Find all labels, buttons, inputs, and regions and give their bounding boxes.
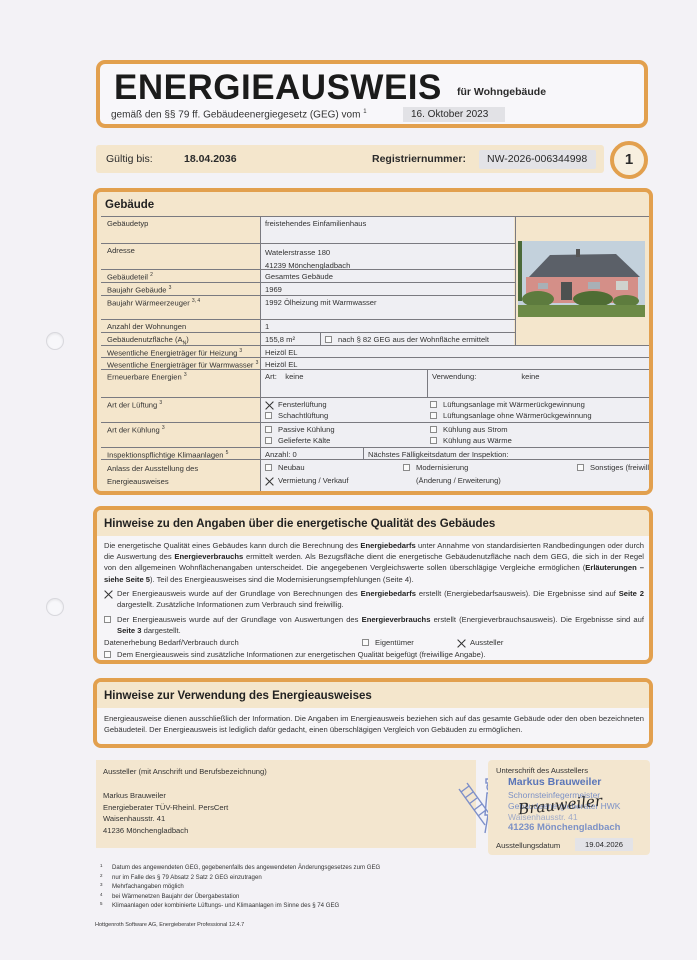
label-text: Baujahr Gebäude	[107, 286, 167, 295]
heating-carrier-value: Heizöl EL	[260, 345, 649, 357]
checkbox[interactable]	[403, 464, 410, 471]
address-label: Adresse	[101, 243, 135, 255]
floor-area-value: 155,8 m²	[260, 332, 320, 345]
footnote: 2nur im Falle des § 79 Absatz 2 Satz 2 G…	[100, 872, 380, 882]
footnote-ref: 3	[239, 348, 242, 354]
year-heater-value: 1992 Ölheizung mit Warmwasser	[260, 295, 514, 319]
cooling-option-delivered[interactable]: Gelieferte Kälte	[265, 435, 330, 447]
footnote-number: 3	[100, 881, 112, 889]
checkbox[interactable]	[430, 437, 437, 444]
water-carrier-label: Wesentliche Energieträger für Warmwasser…	[101, 357, 258, 370]
label-line-2: Energieausweises	[107, 475, 198, 488]
floor-area-method-option[interactable]: nach § 82 GEG aus der Wohnfläche ermitte…	[320, 332, 514, 345]
data-collection-issuer-option[interactable]: Aussteller	[457, 637, 503, 648]
checkbox[interactable]	[265, 437, 272, 444]
text: erstellt (Energieverbrauchsausweis). Die…	[430, 615, 644, 624]
ventilation-option-shaft[interactable]: Schachtlüftung	[265, 410, 328, 422]
cooling-label: Art der Kühlung 3	[101, 422, 165, 435]
text-bold: Seite 3	[117, 626, 141, 635]
renewables-usage-value: keine	[521, 372, 539, 381]
validity-row: Gültig bis: 18.04.2036 Registriernummer:…	[96, 145, 604, 173]
address-street: Watelerstrasse 180	[265, 246, 514, 259]
water-carrier-value: Heizöl EL	[260, 357, 649, 369]
usage-notes-section: Hinweise zur Verwendung des Energieauswe…	[93, 678, 653, 748]
signature-label: Unterschrift des Ausstellers	[496, 765, 588, 777]
building-type-value: freistehendes Einfamilienhaus	[260, 216, 514, 243]
checkbox-checked[interactable]	[104, 590, 111, 597]
checkbox[interactable]	[430, 426, 437, 433]
text-bold: Energiebedarfs	[361, 589, 416, 598]
issuer-address: Markus Brauweiler Energieberater TÜV-Rhe…	[103, 790, 228, 836]
footnote-ref: 3	[184, 372, 187, 378]
text: erstellt (Energiebedarfsausweis). Die Er…	[416, 589, 619, 598]
option-label: Lüftungsanlage mit Wärmerückgewinnung	[443, 400, 585, 409]
usage-notes-text: Energieausweise dienen ausschließlich de…	[104, 713, 644, 735]
valid-until-date: 18.04.2036	[184, 153, 237, 165]
text: dargestellt. Zusätzliche Informationen z…	[117, 600, 344, 609]
label-text-end: )	[186, 335, 189, 344]
page-number-badge: 1	[610, 141, 648, 179]
text: dargestellt.	[141, 626, 180, 635]
footnote: 4bei Wärmenetzen Baujahr der Übergabesta…	[100, 891, 380, 901]
punch-hole	[46, 332, 64, 350]
text: Der Energieausweis wurde auf der Grundla…	[117, 615, 362, 624]
title-box: ENERGIEAUSWEIS für Wohngebäude gemäß den…	[96, 60, 648, 128]
checkbox-checked[interactable]	[457, 639, 464, 646]
footnote-text: bei Wärmenetzen Baujahr der Übergabestat…	[112, 893, 239, 900]
footnote-ref: 1	[363, 109, 366, 115]
text-bold: Energiebedarfs	[360, 541, 415, 550]
geg-date: 16. Oktober 2023	[403, 107, 505, 122]
option-label: Schachtlüftung	[278, 411, 328, 420]
ventilation-option-no-heat-recovery[interactable]: Lüftungsanlage ohne Wärmerückgewinnung	[430, 410, 592, 422]
issuer-box: Aussteller (mit Anschrift und Berufsbeze…	[96, 760, 476, 848]
checkbox-checked[interactable]	[265, 401, 272, 408]
building-section-title: Gebäude	[105, 199, 154, 211]
footnote-ref: 3	[169, 285, 172, 291]
option-label: Sonstiges (freiwillig)	[590, 463, 653, 472]
ac-next-inspection: Nächstes Fälligkeitsdatum der Inspektion…	[363, 447, 649, 459]
footnote-number: 4	[100, 891, 112, 899]
footnote-number: 5	[100, 900, 112, 908]
building-category: für Wohngebäude	[457, 86, 546, 98]
renewables-type-value: keine	[285, 372, 303, 381]
label-text: Art der Kühlung	[107, 426, 160, 435]
building-part-value: Gesamtes Gebäude	[260, 269, 514, 282]
software-credit: Hottgenroth Software AG, Energieberater …	[95, 922, 244, 930]
punch-hole	[46, 598, 64, 616]
registration-number: NW-2026-006344998	[479, 150, 596, 169]
ac-label: Inspektionspflichtige Klimaanlagen 5	[101, 447, 228, 460]
checkbox[interactable]	[104, 651, 111, 658]
option-label: Modernisierung	[416, 463, 468, 472]
checkbox[interactable]	[265, 464, 272, 471]
ventilation-options: Fensterlüftung Schachtlüftung Lüftungsan…	[260, 397, 649, 422]
floor-area-method-label: nach § 82 GEG aus der Wohnfläche ermitte…	[338, 335, 489, 344]
checkbox[interactable]	[430, 412, 437, 419]
checkbox-checked[interactable]	[265, 477, 272, 484]
document-title: ENERGIEAUSWEIS	[114, 68, 442, 108]
option-label: Dem Energieausweis sind zusätzliche Info…	[117, 650, 486, 659]
footnotes: 1Datum des angewendeten GEG, gegebenenfa…	[100, 862, 380, 910]
footnote-ref: 3	[162, 425, 165, 431]
option-label: Fensterlüftung	[278, 400, 327, 409]
option-label: Vermietung / Verkauf	[278, 476, 349, 485]
option-label: Neubau	[278, 463, 305, 472]
footnote-text: Mehrfachangaben möglich	[112, 883, 184, 890]
units-value: 1	[260, 319, 514, 332]
issuer-label: Aussteller (mit Anschrift und Berufsbeze…	[103, 766, 267, 778]
issue-date: 19.04.2026	[575, 838, 633, 851]
consumption-certificate-option[interactable]: Der Energieausweis wurde auf der Grundla…	[104, 614, 644, 636]
legal-basis: gemäß den §§ 79 ff. Gebäudeenergiegesetz…	[111, 109, 367, 120]
renewables-usage-label: Verwendung:	[432, 372, 476, 381]
text: ). Teil des Energieausweises sind die Mo…	[150, 575, 414, 584]
option-label: Kühlung aus Strom	[443, 425, 508, 434]
issuer-city: 41236 Mönchengladbach	[103, 825, 228, 837]
footnote-ref: 3	[159, 400, 162, 406]
checkbox[interactable]	[265, 426, 272, 433]
issuer-name: Markus Brauweiler	[103, 790, 228, 802]
legal-basis-text: gemäß den §§ 79 ff. Gebäudeenergiegesetz…	[111, 109, 360, 120]
reason-option-modernization-sub: (Änderung / Erweiterung)	[416, 475, 501, 487]
option-label: Lüftungsanlage ohne Wärmerückgewinnung	[443, 411, 592, 420]
stamp-name: Markus Brauweiler	[508, 776, 601, 788]
heating-carrier-label: Wesentliche Energieträger für Heizung 3	[101, 345, 242, 358]
cooling-option-electric[interactable]: Kühlung aus Strom	[430, 424, 508, 436]
signature-box: Unterschrift des Ausstellers Markus Brau…	[488, 760, 650, 855]
quality-notes-title: Hinweise zu den Angaben über die energet…	[104, 518, 495, 530]
footnote-ref: 3, 4	[192, 298, 200, 304]
checkbox[interactable]	[362, 639, 369, 646]
cooling-option-passive[interactable]: Passive Kühlung	[265, 424, 335, 436]
data-collection-label: Datenerhebung Bedarf/Verbrauch durch	[104, 637, 239, 648]
additional-info-option[interactable]: Dem Energieausweis sind zusätzliche Info…	[104, 649, 486, 660]
checkbox[interactable]	[325, 336, 332, 343]
ac-count: Anzahl: 0	[260, 447, 363, 459]
option-label: Gelieferte Kälte	[278, 436, 330, 445]
label-text: Art der Lüftung	[107, 401, 157, 410]
footnote-number: 2	[100, 872, 112, 880]
renewables-label: Erneuerbare Energien 3	[101, 369, 187, 382]
footnote-ref: 2	[150, 272, 153, 278]
reason-option-other[interactable]: Sonstiges (freiwillig)	[577, 462, 653, 474]
footnote: 1Datum des angewendeten GEG, gegebenenfa…	[100, 862, 380, 872]
text: Die energetische Qualität eines Gebäudes…	[104, 541, 360, 550]
option-label: Aussteller	[470, 638, 503, 647]
renewables-usage: Verwendung:keine	[427, 369, 649, 397]
text-bold: Energieverbrauchs	[174, 552, 243, 561]
renewables-type: Art: keine	[260, 369, 427, 397]
valid-until-label: Gültig bis:	[106, 153, 153, 165]
stamp-line: 41236 Mönchengladbach	[508, 822, 620, 833]
renewables-type-label: Art:	[265, 372, 277, 381]
issuer-street: Waisenhausstr. 41	[103, 813, 228, 825]
building-part-label: Gebäudeteil 2	[101, 269, 153, 282]
ventilation-option-heat-recovery[interactable]: Lüftungsanlage mit Wärmerückgewinnung	[430, 399, 585, 411]
label-text: Erneuerbare Energien	[107, 373, 182, 382]
checkbox[interactable]	[265, 412, 272, 419]
label-text: Gebäudeteil	[107, 273, 148, 282]
address-value: Watelerstrasse 18041239 Mönchengladbach	[260, 243, 514, 269]
building-section: Gebäude freistehendes Einfamilienhaus Wa…	[93, 188, 653, 495]
footnote: 5Klimaanlagen oder kombinierte Lüftungs-…	[100, 900, 380, 910]
data-collection-owner-option[interactable]: Eigentümer	[362, 637, 414, 648]
usage-notes-title: Hinweise zur Verwendung des Energieauswe…	[104, 690, 372, 702]
year-built-value: 1969	[260, 282, 514, 295]
footnote: 3Mehrfachangaben möglich	[100, 881, 380, 891]
issue-reason-label: Anlass der Ausstellung desEnergieausweis…	[101, 459, 198, 488]
footnote-text: Klimaanlagen oder kombinierte Lüftungs- …	[112, 902, 339, 909]
demand-certificate-option[interactable]: Der Energieausweis wurde auf der Grundla…	[104, 588, 644, 610]
text: Der Energieausweis wurde auf der Grundla…	[117, 589, 361, 598]
reason-option-rent-sale[interactable]: Vermietung / Verkauf	[265, 475, 349, 487]
building-photo	[518, 241, 645, 317]
text-bold: Seite 2	[619, 589, 644, 598]
checkbox[interactable]	[577, 464, 584, 471]
label-text: Baujahr Wärmeerzeuger	[107, 299, 190, 308]
checkbox[interactable]	[104, 616, 111, 623]
option-label: Kühlung aus Wärme	[443, 436, 512, 445]
reason-option-new[interactable]: Neubau	[265, 462, 305, 474]
option-label: Eigentümer	[375, 638, 414, 647]
ventilation-label: Art der Lüftung 3	[101, 397, 162, 410]
option-label: Passive Kühlung	[278, 425, 335, 434]
footnote-text: Datum des angewendeten GEG, gegebenenfal…	[112, 864, 380, 871]
quality-notes-intro: Die energetische Qualität eines Gebäudes…	[104, 540, 644, 585]
year-built-label: Baujahr Gebäude 3	[101, 282, 171, 295]
label-line-1: Anlass der Ausstellung des	[107, 462, 198, 475]
reason-option-modernization[interactable]: Modernisierung	[403, 462, 468, 474]
registration-label: Registriernummer:	[372, 153, 466, 165]
issue-reason-options: Neubau Vermietung / Verkauf Modernisieru…	[260, 459, 649, 491]
quality-notes-section: Hinweise zu den Angaben über die energet…	[93, 506, 653, 664]
label-text: Gebäudenutzfläche (A	[107, 335, 183, 344]
units-label: Anzahl der Wohnungen	[101, 319, 186, 331]
footnote-text: nur im Falle des § 79 Absatz 2 Satz 2 GE…	[112, 874, 262, 881]
ventilation-option-window[interactable]: Fensterlüftung	[265, 399, 327, 411]
issuer-title: Energieberater TÜV-Rheinl. PersCert	[103, 802, 228, 814]
footnote-ref: 3	[256, 360, 259, 366]
text-bold: Energieverbrauchs	[362, 615, 431, 624]
building-type-label: Gebäudetyp	[101, 216, 148, 228]
issue-date-label: Ausstellungsdatum	[496, 840, 560, 852]
footnote-number: 1	[100, 862, 112, 870]
cooling-options: Passive Kühlung Gelieferte Kälte Kühlung…	[260, 422, 649, 447]
cooling-option-heat[interactable]: Kühlung aus Wärme	[430, 435, 512, 447]
footnote-ref: 5	[226, 450, 229, 456]
year-heater-label: Baujahr Wärmeerzeuger 3, 4	[101, 295, 200, 308]
checkbox[interactable]	[430, 401, 437, 408]
